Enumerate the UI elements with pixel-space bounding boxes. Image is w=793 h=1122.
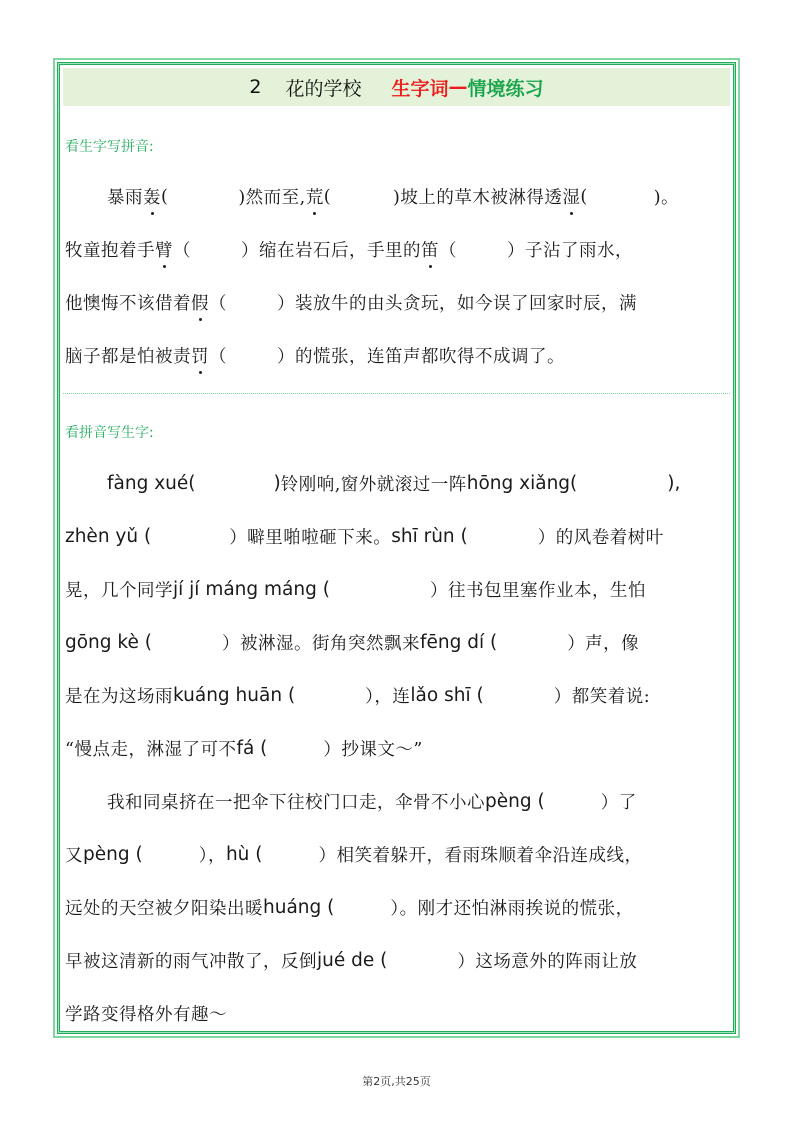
tag-practice: 情境练习 — [468, 74, 544, 101]
text-line: zhèn yǔ (）噼里啪啦砸下来。shī rùn (）的风卷着树叶 — [65, 510, 728, 563]
text-line: 学路变得格外有趣～ — [65, 987, 728, 1040]
sentence-text: ）抄课文～” — [323, 736, 422, 761]
sentence-text: ）噼里啪啦砸下来。 — [229, 524, 391, 549]
sentence-text: ( — [324, 187, 331, 207]
lesson-title: 花的学校 — [286, 74, 362, 101]
sentence-text: 学路变得格外有趣～ — [65, 1001, 227, 1026]
pinyin-text: fēng dí ( — [420, 632, 497, 653]
sentence-text: ）都笑着说: — [554, 683, 650, 708]
pinyin-text: jué de ( — [317, 950, 387, 971]
section2-paragraph: fàng xué()铃刚响,窗外就滚过一阵 hōng xiǎng(),zhèn … — [65, 457, 728, 1040]
sentence-text: ( — [161, 187, 168, 207]
text-line: 晃，几个同学 jí jí máng máng (）往书包里塞作业本，生怕 — [65, 563, 728, 616]
pinyin-text: hù ( — [226, 844, 263, 865]
pinyin-text: lǎo shī ( — [410, 685, 483, 706]
sentence-text: ）子沾了雨水， — [507, 237, 633, 262]
sentence-text: 脑子都是怕被责 — [65, 343, 191, 368]
lesson-number: 2 — [249, 76, 261, 98]
sentence-text: 远处的天空被夕阳染出暖 — [65, 895, 263, 920]
sentence-text: （ — [209, 343, 227, 368]
text-line: gōng kè (）被淋湿。街角突然飘来 fēng dí (）声，像 — [65, 616, 728, 669]
sentence-text: “慢点走，淋湿了可不 — [65, 736, 236, 761]
pinyin-text: fàng xué( — [107, 473, 195, 494]
target-character: 假 — [191, 290, 209, 315]
sentence-text: 早被这清新的雨气冲散了，反倒 — [65, 948, 317, 973]
pinyin-text: kuáng huān ( — [173, 685, 295, 706]
pinyin-text: gōng kè ( — [65, 632, 152, 653]
text-line: 早被这清新的雨气冲散了，反倒 jué de (）这场意外的阵雨让放 — [65, 934, 728, 987]
target-character: 荒 — [306, 184, 324, 209]
pinyin-text: zhèn yǔ ( — [65, 526, 151, 547]
text-line: 又 pèng (），hù (）相笑着躲开，看雨珠顺着伞沿连成线， — [65, 828, 728, 881]
sentence-text: )然而至, — [238, 184, 305, 209]
pinyin-text: pèng ( — [83, 844, 143, 865]
target-character: 轰 — [143, 184, 161, 209]
text-line: 他懊悔不该借着假（）装放牛的由头贪玩，如今误了回家时辰，满 — [65, 276, 728, 329]
text-line: 牧童抱着手臂（）缩在岩石后，手里的笛（）子沾了雨水， — [65, 223, 728, 276]
pinyin-text: hōng xiǎng( — [467, 473, 578, 494]
sentence-text: ）的风卷着树叶 — [538, 524, 664, 549]
text-line: 远处的天空被夕阳染出暖 huáng (）。刚才还怕淋雨挨说的慌张， — [65, 881, 728, 934]
text-line: 是在为这场雨 kuáng huān (），连 lǎo shī (）都笑着说: — [65, 669, 728, 722]
page-indicator: 第2页,共25页 — [0, 1073, 793, 1089]
text-line: 暴雨轰()然而至,荒()坡上的草木被淋得透湿()。 — [65, 170, 728, 223]
section-divider — [63, 393, 730, 394]
sentence-text: ）， — [199, 842, 226, 867]
sentence-text: ( — [580, 187, 587, 207]
sentence-text: ）被淋湿。街角突然飘来 — [222, 630, 420, 655]
sentence-text: （ — [209, 290, 227, 315]
sentence-text: ），连 — [365, 683, 410, 708]
sentence-text: ）相笑着躲开，看雨珠顺着伞沿连成线， — [319, 842, 643, 867]
sentence-text: 铃刚响,窗外就滚过一阵 — [281, 471, 467, 496]
target-character: 臂 — [155, 237, 173, 262]
sentence-text: ）。刚才还怕淋雨挨说的慌张， — [390, 895, 633, 920]
sentence-text: )坡上的草木被淋得透 — [393, 184, 562, 209]
sentence-text: 又 — [65, 842, 83, 867]
text-line: “慢点走，淋湿了可不 fá (）抄课文～” — [65, 722, 728, 775]
sentence-text: ）的慌张，连笛声都吹得不成调了。 — [277, 343, 565, 368]
sentence-text: 是在为这场雨 — [65, 683, 173, 708]
sentence-text: 暴雨 — [107, 184, 143, 209]
sentence-text: 牧童抱着手 — [65, 237, 155, 262]
pinyin-text: jí jí máng máng ( — [173, 579, 330, 600]
worksheet-frame: 2 花的学校 生字词 — 情境练习 看生字写拼音: 暴雨轰()然而至,荒()坡上… — [53, 58, 740, 1038]
pinyin-text: pèng ( — [485, 791, 545, 812]
section1-paragraph: 暴雨轰()然而至,荒()坡上的草木被淋得透湿()。牧童抱着手臂（）缩在岩石后，手… — [65, 170, 728, 382]
text-line: fàng xué()铃刚响,窗外就滚过一阵 hōng xiǎng(), — [65, 457, 728, 510]
sentence-text: ）装放牛的由头贪玩，如今误了回家时辰，满 — [277, 290, 637, 315]
section1-label: 看生字写拼音: — [65, 136, 154, 156]
pinyin-text: huáng ( — [263, 897, 334, 918]
worksheet-header: 2 花的学校 生字词 — 情境练习 — [63, 68, 730, 106]
sentence-text: ）了 — [601, 789, 637, 814]
tag-vocab: 生字词 — [392, 74, 449, 101]
sentence-text: （ — [439, 237, 457, 262]
sentence-text: 我和同桌挤在一把伞下往校门口走，伞骨不小心 — [107, 789, 485, 814]
pinyin-text: shī rùn ( — [391, 526, 468, 547]
target-character: 罚 — [191, 343, 209, 368]
sentence-text: ）这场意外的阵雨让放 — [457, 948, 637, 973]
text-line: 脑子都是怕被责罚（）的慌张，连笛声都吹得不成调了。 — [65, 329, 728, 382]
sentence-text: ）缩在岩石后，手里的 — [241, 237, 421, 262]
sentence-text: )。 — [654, 184, 679, 209]
target-character: 笛 — [421, 237, 439, 262]
pinyin-text: ) — [273, 473, 280, 494]
text-line: 我和同桌挤在一把伞下往校门口走，伞骨不小心 pèng (）了 — [65, 775, 728, 828]
pinyin-text: fá ( — [236, 738, 267, 759]
sentence-text: 他懊悔不该借着 — [65, 290, 191, 315]
sentence-text: （ — [173, 237, 191, 262]
section2-label: 看拼音写生字: — [65, 422, 154, 442]
sentence-text: ）往书包里塞作业本，生怕 — [430, 577, 646, 602]
tag-dash: — — [449, 76, 468, 98]
target-character: 湿 — [562, 184, 580, 209]
pinyin-text: ), — [667, 473, 680, 494]
sentence-text: ）声，像 — [567, 630, 639, 655]
sentence-text: 晃，几个同学 — [65, 577, 173, 602]
